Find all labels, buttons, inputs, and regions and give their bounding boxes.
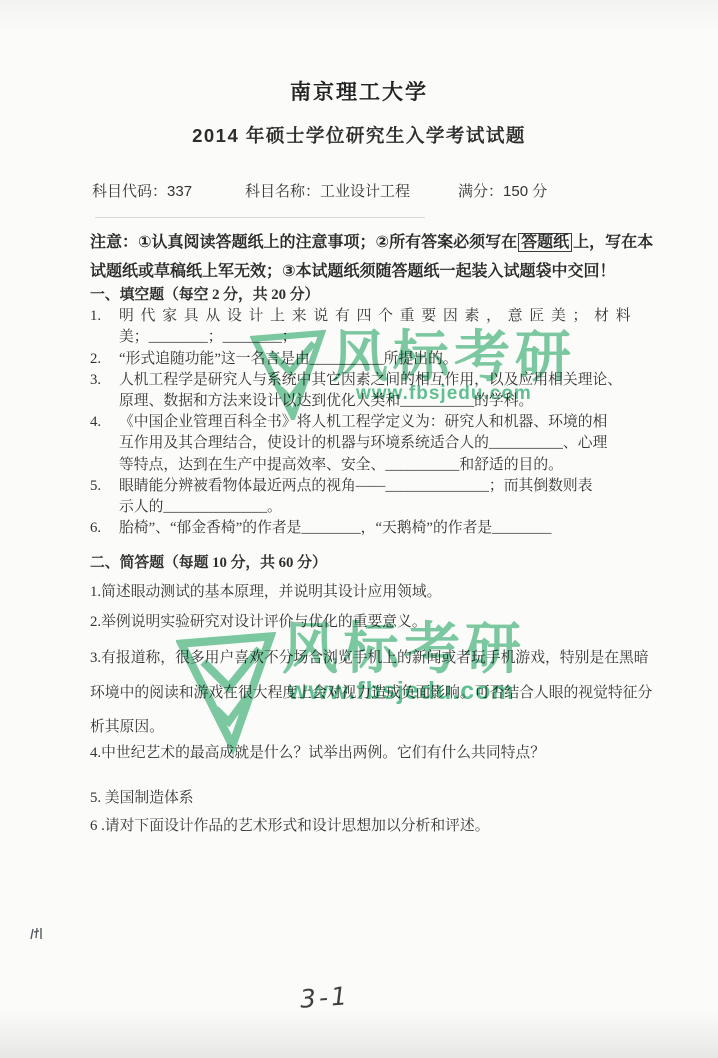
item-number: 1. — [90, 306, 119, 348]
divider-line — [95, 217, 425, 218]
item-text: 眼睛能分辨被看物体最近两点的视角——______________；而其倒数则表 … — [119, 476, 648, 518]
item-line: 人机工程学是研究人与系统中其它因素之间的相互作用，以及应用相关理论、 — [119, 370, 648, 391]
item-text: 明代家具从设计上来说有四个重要因素，意匠美；材料 美；________；____… — [119, 306, 648, 348]
full-score-value: 150 分 — [503, 183, 547, 200]
full-score-label: 满分： — [458, 183, 503, 200]
fill-item-3: 3. 人机工程学是研究人与系统中其它因素之间的相互作用，以及应用相关理论、 原理… — [90, 370, 648, 412]
notice-line-1: 注意：①认真阅读答题纸上的注意事项；②所有答案必须写在答题纸上，写在本 — [90, 234, 653, 251]
fill-item-4: 4. 《中国企业管理百科全书》将人机工程学定义为：研究人和机器、环境的相 互作用… — [90, 412, 648, 476]
item-text: 人机工程学是研究人与系统中其它因素之间的相互作用，以及应用相关理论、 原理、数据… — [119, 370, 648, 412]
short-question-6: 6 .请对下面设计作品的艺术形式和设计思想加以分析和评述。 — [90, 815, 656, 837]
short-question-3: 3.有报道称，很多用户喜欢不分场合浏览手机上的新闻或者玩手机游戏，特别是在黑暗环… — [90, 641, 656, 745]
scanned-exam-page: 南京理工大学 2014 年硕士学位研究生入学考试试题 科目代码：337 科目名称… — [0, 0, 718, 1058]
fill-in-blank-section: 一、填空题（每空 2 分，共 20 分） 1. 明代家具从设计上来说有四个重要因… — [90, 285, 648, 539]
item-number: 5. — [90, 476, 119, 518]
fill-item-2: 2. “形式追随功能”这一名言是由__________所提出的。 — [90, 349, 648, 370]
item-number: 4. — [90, 412, 119, 476]
item-number: 2. — [90, 349, 119, 370]
pen-mark — [28, 925, 50, 947]
item-line: “形式追随功能”这一名言是由__________所提出的。 — [119, 349, 648, 370]
item-line: 眼睛能分辨被看物体最近两点的视角——______________；而其倒数则表 — [119, 476, 648, 497]
university-name: 南京理工大学 — [0, 76, 718, 106]
short-question-4: 4.中世纪艺术的最高成就是什么？试举出两例。它们有什么共同特点？ — [90, 742, 656, 764]
fill-section-heading: 一、填空题（每空 2 分，共 20 分） — [90, 285, 648, 306]
subject-code: 科目代码：337 — [92, 180, 192, 201]
short-section-heading: 二、简答题（每题 10 分，共 60 分） — [90, 551, 327, 572]
fill-item-5: 5. 眼睛能分辨被看物体最近两点的视角——______________；而其倒数… — [90, 476, 648, 518]
exam-notice: 注意：①认真阅读答题纸上的注意事项；②所有答案必须写在答题纸上，写在本 试题纸或… — [90, 228, 650, 286]
subject-name: 科目名称：工业设计工程 — [245, 180, 410, 201]
full-score: 满分：150 分 — [458, 180, 547, 201]
item-line: 胎椅”、“郁金香椅”的作者是________，“天鹅椅”的作者是________ — [119, 518, 648, 539]
short-question-2: 2.举例说明实验研究对设计评价与优化的重要意义。 — [90, 611, 656, 633]
item-text: 《中国企业管理百科全书》将人机工程学定义为：研究人和机器、环境的相 互作用及其合… — [119, 412, 648, 476]
notice-line-2: 试题纸或草稿纸上军无效；③本试题纸须随答题纸一起装入试题袋中交回！ — [90, 263, 616, 280]
notice-line1-pre: 注意：①认真阅读答题纸上的注意事项；②所有答案必须写在 — [90, 234, 517, 251]
item-text: 胎椅”、“郁金香椅”的作者是________，“天鹅椅”的作者是________ — [119, 518, 648, 539]
short-question-1: 1.简述眼动测试的基本原理，并说明其设计应用领域。 — [90, 581, 656, 603]
item-line: 美；________；________； — [119, 327, 648, 348]
answer-sheet-boxed-word: 答题纸 — [518, 233, 572, 252]
item-line: 示人的______________。 — [119, 497, 648, 518]
item-line: 《中国企业管理百科全书》将人机工程学定义为：研究人和机器、环境的相 — [119, 412, 648, 433]
subject-name-value: 工业设计工程 — [320, 183, 410, 200]
fill-item-1: 1. 明代家具从设计上来说有四个重要因素，意匠美；材料 美；________；_… — [90, 306, 648, 348]
fill-item-6: 6. 胎椅”、“郁金香椅”的作者是________，“天鹅椅”的作者是_____… — [90, 518, 648, 539]
item-number: 6. — [90, 518, 119, 539]
subject-name-label: 科目名称： — [245, 183, 320, 200]
short-question-5: 5. 美国制造体系 — [90, 787, 656, 809]
notice-line1-post: 上，写在本 — [573, 234, 653, 251]
subject-info-row: 科目代码：337 科目名称：工业设计工程 满分：150 分 — [0, 180, 718, 202]
item-text: “形式追随功能”这一名言是由__________所提出的。 — [119, 349, 648, 370]
handwritten-page-number: 3-1 — [299, 981, 351, 1013]
item-number: 3. — [90, 370, 119, 412]
item-line: 明代家具从设计上来说有四个重要因素，意匠美；材料 — [119, 306, 648, 327]
item-line: 互作用及其合理结合，使设计的机器与环境系统适合人的__________、心理 — [119, 433, 648, 454]
item-line: 等特点，达到在生产中提高效率、安全、__________和舒适的目的。 — [119, 455, 648, 476]
subject-code-value: 337 — [167, 183, 192, 200]
subject-code-label: 科目代码： — [92, 183, 167, 200]
item-line: 原理、数据和方法来设计以达到优化人类和__________的学科。 — [119, 391, 648, 412]
exam-title: 2014 年硕士学位研究生入学考试试题 — [0, 122, 718, 148]
